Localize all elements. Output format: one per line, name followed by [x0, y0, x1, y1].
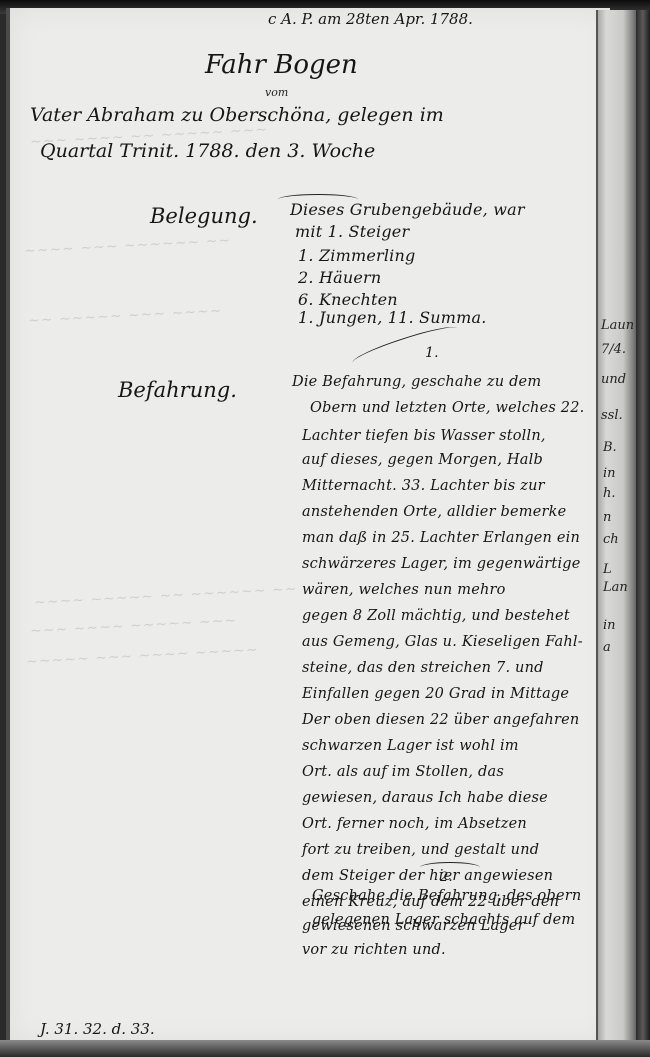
book-binding-gutter [596, 10, 640, 1040]
befahrung-line: Ort. als auf im Stollen, das [302, 764, 504, 780]
footer-note: J. 31. 32. d. 33. [40, 1020, 155, 1038]
befahrung-line: steine, das den streichen 7. und [302, 660, 544, 676]
befahrung-line: schwärzeres Lager, im gegenwärtige [302, 556, 581, 572]
margin-fragment: B. [603, 440, 617, 455]
margin-fragment: Laun [601, 318, 634, 333]
margin-fragment: h. [603, 486, 616, 501]
bleed-through-text: ~~~ ~~~~ ~~~~~ ~~~ [30, 613, 238, 640]
paragraph-marker: 2. [440, 870, 453, 885]
befahrung-line: schwarzen Lager ist wohl im [302, 738, 519, 754]
belegung-line: 2. Häuern [298, 268, 381, 287]
intro-line: Vater Abraham zu Oberschöna, gelegen im [30, 104, 444, 126]
befahrung-line: Einfallen gegen 20 Grad in Mittage [302, 686, 569, 702]
margin-fragment: und [601, 372, 626, 387]
befahrung-line: auf dieses, gegen Morgen, Halb [302, 452, 543, 468]
befahrung-line: Der oben diesen 22 über angefahren [302, 712, 579, 728]
befahrung-line: Die Befahrung, geschahe zu dem [292, 374, 541, 390]
befahrung-line: Lachter tiefen bis Wasser stolln, [302, 428, 546, 444]
befahrung-line: gewiesen, daraus Ich habe diese [302, 790, 548, 806]
scanned-document: ~~~ ~~~~ ~~ ~~~~~ ~~~ ~~~~ ~~~ ~~~~~~ ~~… [0, 0, 650, 1057]
intro-superscript: vom [265, 86, 288, 99]
befahrung-line: man daß in 25. Lachter Erlangen ein [302, 530, 580, 546]
margin-fragment: 7/4. [601, 342, 626, 357]
margin-fragment: ch [603, 532, 619, 547]
befahrung-line: Ort. ferner noch, im Absetzen [302, 816, 527, 832]
document-title: Fahr Bogen [205, 50, 358, 80]
margin-fragment: Lan [603, 580, 628, 595]
befahrung-line: wären, welches nun mehro [302, 582, 506, 598]
reference-line: c A. P. am 28ten Apr. 1788. [268, 10, 473, 28]
paragraph2-line: gelegenen Lager schachts auf dem [312, 912, 575, 928]
belegung-line: 1. Zimmerling [298, 246, 415, 265]
bleed-through-text: ~~~~ ~~~ ~~~~~~ ~~ [24, 233, 232, 260]
book-binding-edge [636, 10, 650, 1050]
bleed-through-text: ~~~~ ~~~~~ ~~ ~~~~~~ ~~ [34, 581, 298, 611]
befahrung-line: fort zu treiben, und gestalt und [302, 842, 539, 858]
bleed-through-text: ~~~~~ ~~~ ~~~~ ~~~~~ [26, 642, 259, 670]
paragraph2-line: Geschahe die Befahrung, des obern [312, 888, 581, 904]
befahrung-line: Obern und letzten Orte, welches 22. [310, 400, 584, 416]
section-label-belegung: Belegung. [150, 204, 258, 228]
margin-fragment: ssl. [601, 408, 623, 423]
paragraph-marker: 1. [425, 345, 439, 361]
margin-fragment: a [603, 640, 611, 655]
belegung-line: 1. Jungen, 11. Summa. [298, 308, 487, 327]
bottom-page-edge [0, 1040, 650, 1057]
befahrung-line: gegen 8 Zoll mächtig, und bestehet [302, 608, 570, 624]
margin-fragment: L [603, 562, 612, 577]
margin-fragment: in [603, 466, 616, 481]
intro-line: Quartal Trinit. 1788. den 3. Woche [40, 140, 375, 162]
section-label-befahrung: Befahrung. [118, 378, 237, 402]
befahrung-line: Mitternacht. 33. Lachter bis zur [302, 478, 545, 494]
bleed-through-text: ~~ ~~~~~ ~~~ ~~~~ [28, 303, 223, 329]
befahrung-line: anstehenden Orte, alldier bemerke [302, 504, 566, 520]
belegung-line: mit 1. Steiger [295, 222, 409, 241]
befahrung-line: aus Gemeng, Glas u. Kieseligen Fahl- [302, 634, 583, 650]
belegung-line: Dieses Grubengebäude, war [290, 200, 525, 219]
belegung-line: 6. Knechten [298, 290, 398, 309]
margin-fragment: n [603, 510, 611, 525]
margin-fragment: in [603, 618, 616, 633]
befahrung-line: vor zu richten und. [302, 942, 446, 958]
